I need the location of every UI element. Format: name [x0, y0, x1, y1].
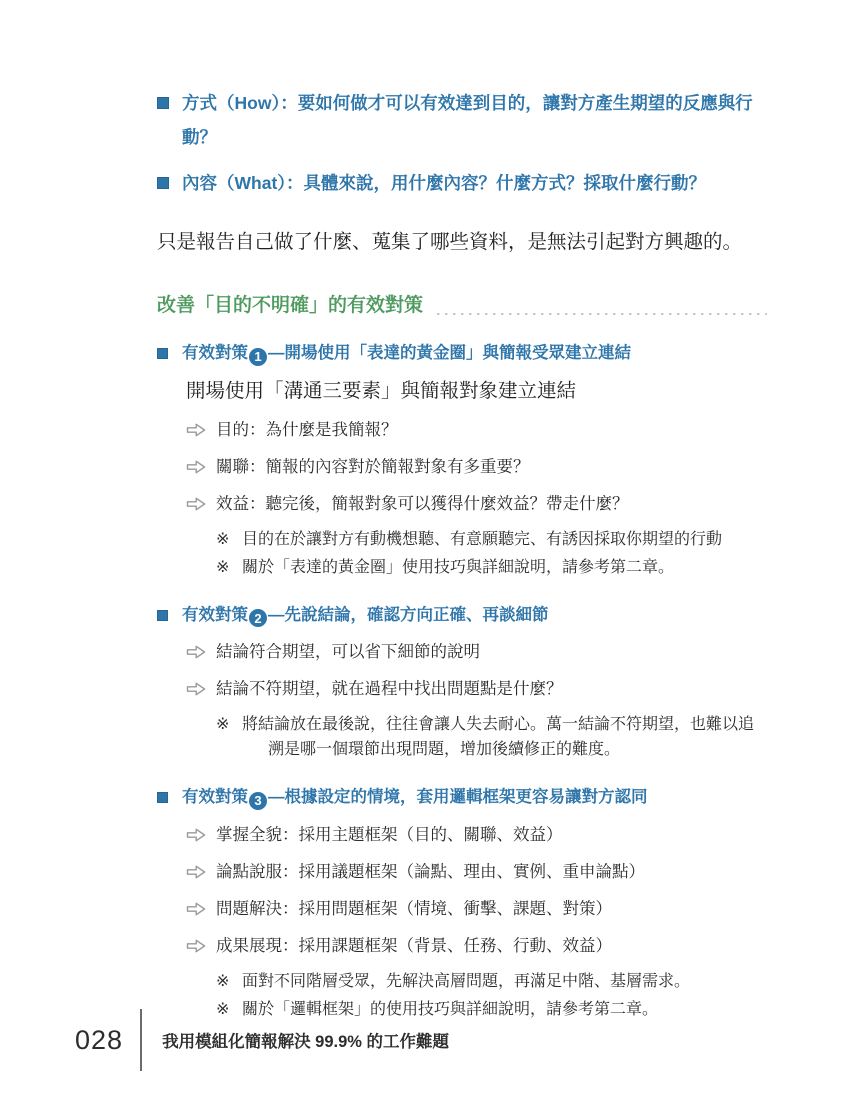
list-item: 目的：為什麼是我簡報？ [186, 419, 767, 442]
list-item: 掌握全貌：採用主題框架（目的、關聯、效益） [186, 824, 767, 847]
reference-mark-icon: ※ [216, 555, 234, 580]
note-text: 面對不同階層受眾，先解決高層問題，再滿足中階、基層需求。 [242, 969, 767, 994]
bullet-text: 內容（What）：具體來說，用什麼內容？什麼方式？採取什麼行動？ [182, 166, 767, 200]
item-text: 問題解決：採用問題框架（情境、衝擊、課題、對策） [216, 898, 612, 921]
book-title: 我用模組化簡報解決 99.9% 的工作難題 [162, 1028, 449, 1052]
strategy-heading-text: 有效對策2—先說結論，確認方向正確、再談細節 [182, 604, 549, 628]
footer-divider [140, 1009, 142, 1071]
item-text: 關聯：簡報的內容對於簡報對象有多重要？ [216, 456, 530, 479]
strategy-block-1: 有效對策1—開場使用「表達的黃金圈」與簡報受眾建立連結 開場使用「溝通三要素」與… [157, 342, 767, 580]
list-item: 結論符合期望，可以省下細節的說明 [186, 641, 767, 664]
square-bullet-icon [157, 348, 168, 359]
right-arrow-icon [186, 901, 206, 917]
item-text: 結論符合期望，可以省下細節的說明 [216, 641, 480, 664]
body-paragraph: 只是報告自己做了什麼、蒐集了哪些資料，是無法引起對方興趣的。 [157, 230, 767, 256]
list-item: 問題解決：採用問題框架（情境、衝擊、課題、對策） [186, 898, 767, 921]
note-text: 目的在於讓對方有動機想聽、有意願聽完、有誘因採取你期望的行動 [242, 527, 767, 552]
dotted-leader-line [437, 312, 767, 315]
page-number: 028 [75, 1025, 123, 1056]
note-list: ※ 目的在於讓對方有動機想聽、有意願聽完、有誘因採取你期望的行動 ※ 關於「表達… [216, 527, 767, 580]
list-item: 內容（What）：具體來說，用什麼內容？什麼方式？採取什麼行動？ [157, 166, 767, 200]
note: ※ 將結論放在最後說，往往會讓人失去耐心。萬一結論不符期望，也難以追溯是哪一個環… [216, 712, 767, 762]
reference-mark-icon: ※ [216, 969, 234, 994]
note-text: 將結論放在最後說，往往會讓人失去耐心。萬一結論不符期望，也難以追溯是哪一個環節出… [242, 712, 767, 762]
note: ※ 關於「表達的黃金圈」使用技巧與詳細說明，請參考第二章。 [216, 555, 767, 580]
section-heading-text: 改善「目的不明確」的有效對策 [157, 293, 423, 318]
item-text: 成果展現：採用課題框架（背景、任務、行動、效益） [216, 935, 612, 958]
strategy-intro: 開場使用「溝通三要素」與簡報對象建立連結 [186, 379, 767, 405]
square-bullet-icon [157, 792, 168, 803]
reference-mark-icon: ※ [216, 712, 234, 762]
square-bullet-icon [157, 97, 169, 109]
right-arrow-icon [186, 864, 206, 880]
item-text: 結論不符期望，就在過程中找出問題點是什麼？ [216, 678, 563, 701]
right-arrow-icon [186, 681, 206, 697]
item-text: 掌握全貌：採用主題框架（目的、關聯、效益） [216, 824, 563, 847]
right-arrow-icon [186, 644, 206, 660]
square-bullet-icon [157, 177, 169, 189]
strategy-block-3: 有效對策3—根據設定的情境，套用邏輯框架更容易讓對方認同 掌握全貌：採用主題框架… [157, 786, 767, 1022]
list-item: 結論不符期望，就在過程中找出問題點是什麼？ [186, 678, 767, 701]
circled-number-icon: 3 [249, 792, 267, 810]
list-item: 論點說服：採用議題框架（論點、理由、實例、重申論點） [186, 861, 767, 884]
section-heading: 改善「目的不明確」的有效對策 [157, 293, 767, 318]
book-page: 方式（How）：要如何做才可以有效達到目的，讓對方產生期望的反應與行動？ 內容（… [0, 0, 850, 1100]
list-item: 效益：聽完後，簡報對象可以獲得什麼效益？帶走什麼？ [186, 493, 767, 516]
list-item: 關聯：簡報的內容對於簡報對象有多重要？ [186, 456, 767, 479]
right-arrow-icon [186, 827, 206, 843]
list-item: 成果展現：採用課題框架（背景、任務、行動、效益） [186, 935, 767, 958]
right-arrow-icon [186, 496, 206, 512]
strategy-heading: 有效對策1—開場使用「表達的黃金圈」與簡報受眾建立連結 [157, 342, 767, 366]
note: ※ 目的在於讓對方有動機想聽、有意願聽完、有誘因採取你期望的行動 [216, 527, 767, 552]
strategy-block-2: 有效對策2—先說結論，確認方向正確、再談細節 結論符合期望，可以省下細節的說明 … [157, 604, 767, 763]
reference-mark-icon: ※ [216, 527, 234, 552]
note-text: 關於「表達的黃金圈」使用技巧與詳細說明，請參考第二章。 [242, 555, 767, 580]
right-arrow-icon [186, 459, 206, 475]
note: ※ 面對不同階層受眾，先解決高層問題，再滿足中階、基層需求。 [216, 969, 767, 994]
right-arrow-icon [186, 422, 206, 438]
page-content: 方式（How）：要如何做才可以有效達到目的，讓對方產生期望的反應與行動？ 內容（… [157, 86, 767, 1022]
page-footer: 028 我用模組化簡報解決 99.9% 的工作難題 [75, 1008, 449, 1072]
strategy-heading-text: 有效對策1—開場使用「表達的黃金圈」與簡報受眾建立連結 [182, 342, 631, 366]
bullet-text: 方式（How）：要如何做才可以有效達到目的，讓對方產生期望的反應與行動？ [182, 86, 767, 154]
list-item: 方式（How）：要如何做才可以有效達到目的，讓對方產生期望的反應與行動？ [157, 86, 767, 154]
item-text: 論點說服：採用議題框架（論點、理由、實例、重申論點） [216, 861, 645, 884]
item-text: 效益：聽完後，簡報對象可以獲得什麼效益？帶走什麼？ [216, 493, 629, 516]
item-text: 目的：為什麼是我簡報？ [216, 419, 398, 442]
circled-number-icon: 2 [249, 609, 267, 627]
right-arrow-icon [186, 938, 206, 954]
top-bullet-list: 方式（How）：要如何做才可以有效達到目的，讓對方產生期望的反應與行動？ 內容（… [157, 86, 767, 200]
strategy-heading-text: 有效對策3—根據設定的情境，套用邏輯框架更容易讓對方認同 [182, 786, 648, 810]
circled-number-icon: 1 [249, 348, 267, 366]
strategy-heading: 有效對策3—根據設定的情境，套用邏輯框架更容易讓對方認同 [157, 786, 767, 810]
strategy-heading: 有效對策2—先說結論，確認方向正確、再談細節 [157, 604, 767, 628]
note-list: ※ 將結論放在最後說，往往會讓人失去耐心。萬一結論不符期望，也難以追溯是哪一個環… [216, 712, 767, 762]
square-bullet-icon [157, 610, 168, 621]
